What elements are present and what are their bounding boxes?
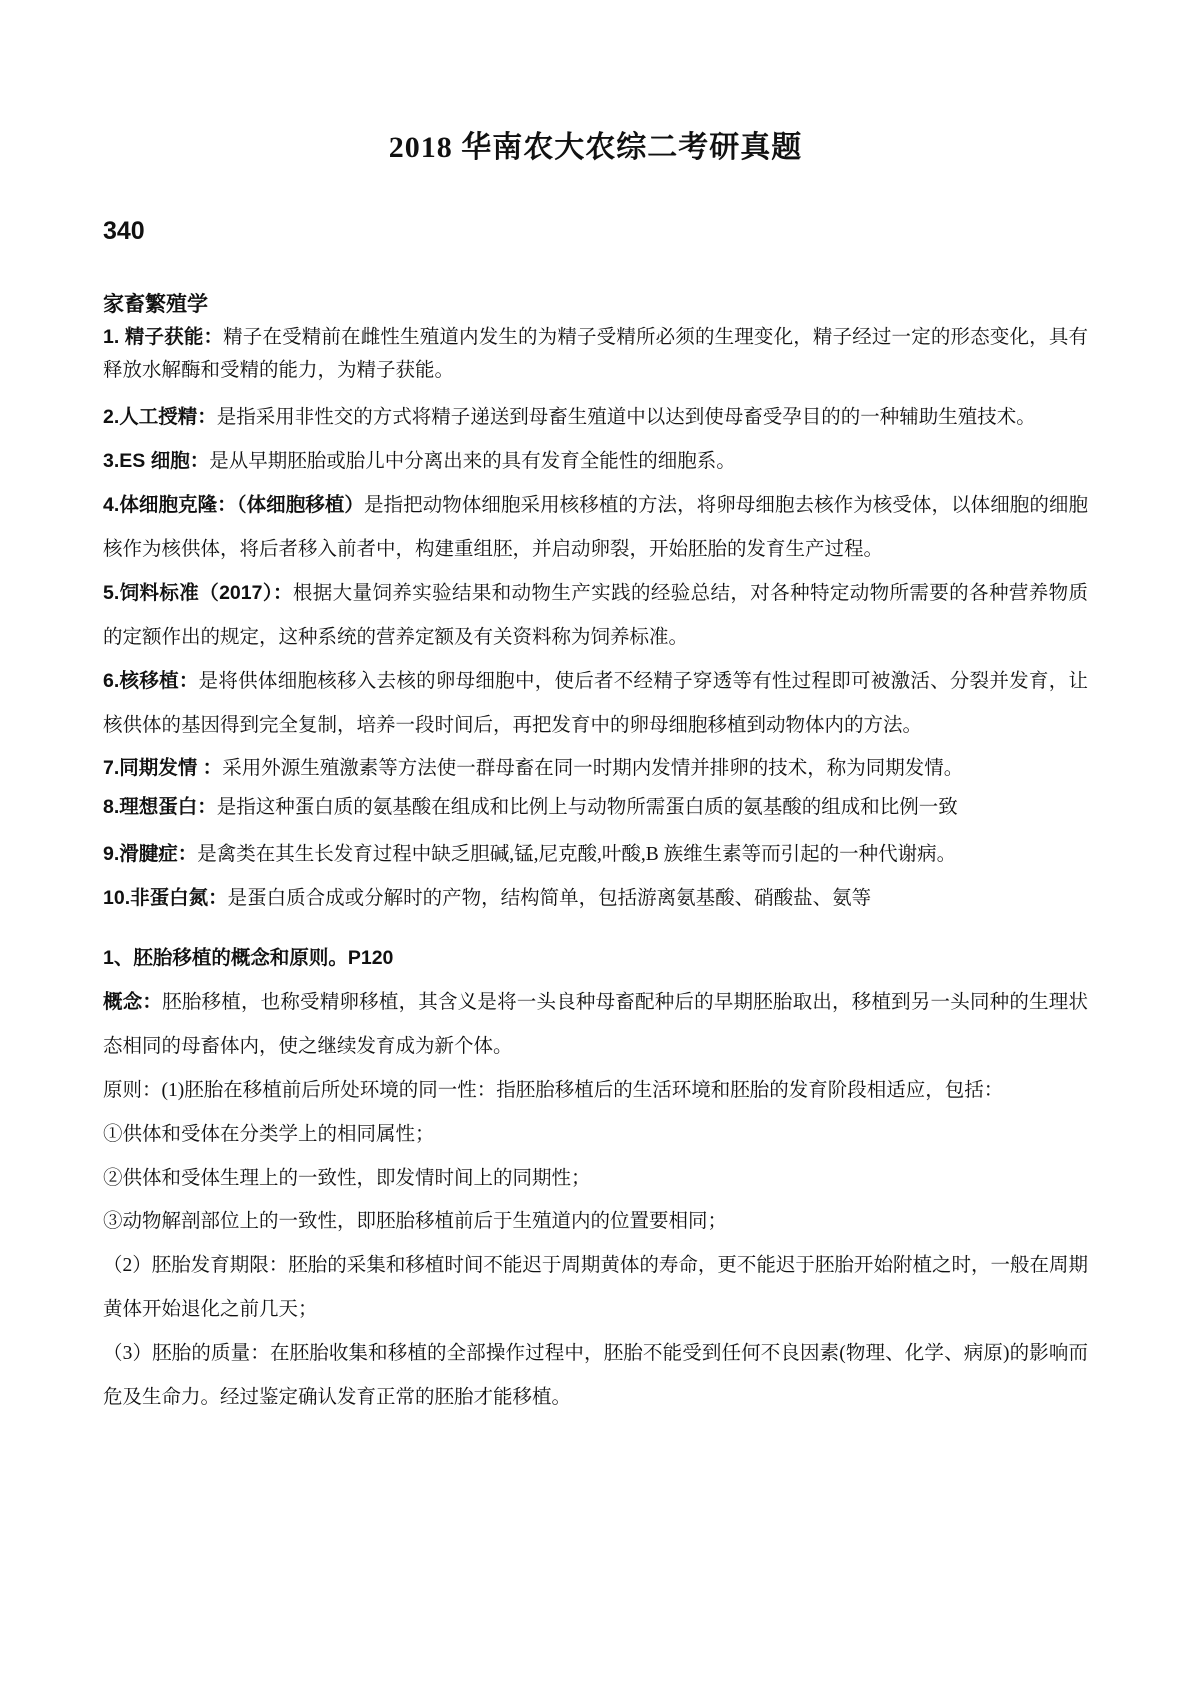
definition-item: 5.饲料标准（2017）：根据大量饲养实验结果和动物生产实践的经验总结，对各种特…: [103, 572, 1088, 660]
paragraph-text: 胚胎移植，也称受精卵移植，其含义是将一头良种母畜配种后的早期胚胎取出，移植到另一…: [103, 992, 1088, 1057]
document-title: 2018 华南农大农综二考研真题: [103, 130, 1088, 166]
definition-label: 5.饲料标准（2017）：: [103, 582, 293, 604]
definition-label: 6.核移植：: [103, 670, 199, 692]
definition-item: 4.体细胞克隆：（体细胞移植）是指把动物体细胞采用核移植的方法，将卵母细胞去核作…: [103, 484, 1088, 572]
definition-item: 8.理想蛋白：是指这种蛋白质的氨基酸在组成和比例上与动物所需蛋白质的氨基酸的组成…: [103, 791, 1088, 824]
definition-item: 6.核移植：是将供体细胞核移入去核的卵母细胞中，使后者不经精子穿透等有性过程即可…: [103, 660, 1088, 748]
definition-label: 2.人工授精：: [103, 406, 217, 428]
answer-paragraph: （2）胚胎发育期限：胚胎的采集和移植时间不能迟于周期黄体的寿命，更不能迟于胚胎开…: [103, 1244, 1088, 1332]
definition-item: 10.非蛋白氮：是蛋白质合成或分解时的产物，结构简单，包括游离氨基酸、硝酸盐、氨…: [103, 877, 1088, 921]
paragraph-text: 原则：(1)胚胎在移植前后所处环境的同一性：指胚胎移植后的生活环境和胚胎的发育阶…: [103, 1080, 1003, 1101]
paragraph-text: ③动物解剖部位上的一致性，即胚胎移植前后于生殖道内的位置要相同；: [103, 1211, 727, 1232]
definition-text: 是从早期胚胎或胎儿中分离出来的具有发育全能性的细胞系。: [209, 451, 736, 472]
answer-paragraph: ③动物解剖部位上的一致性，即胚胎移植前后于生殖道内的位置要相同；: [103, 1200, 1088, 1244]
answer-paragraph: 概念：胚胎移植，也称受精卵移植，其含义是将一头良种母畜配种后的早期胚胎取出，移植…: [103, 981, 1088, 1069]
definition-item: 3.ES 细胞：是从早期胚胎或胎儿中分离出来的具有发育全能性的细胞系。: [103, 440, 1088, 484]
paragraph-text: ①供体和受体在分类学上的相同属性；: [103, 1124, 435, 1145]
definition-text: 采用外源生殖激素等方法使一群母畜在同一时期内发情并排卵的技术，称为同期发情。: [222, 758, 963, 779]
definition-text: 是禽类在其生长发育过程中缺乏胆碱,锰,尼克酸,叶酸,B 族维生素等而引起的一种代…: [197, 844, 956, 865]
definition-text: 是将供体细胞核移入去核的卵母细胞中，使后者不经精子穿透等有性过程即可被激活、分裂…: [103, 671, 1088, 736]
definition-text: 是蛋白质合成或分解时的产物，结构简单，包括游离氨基酸、硝酸盐、氨等: [228, 888, 872, 909]
paragraph-text: （2）胚胎发育期限：胚胎的采集和移植时间不能迟于周期黄体的寿命，更不能迟于胚胎开…: [103, 1255, 1088, 1320]
definitions-list: 1. 精子获能：精子在受精前在雌性生殖道内发生的为精子受精所必须的生理变化，精子…: [103, 321, 1088, 921]
question-answer: 概念：胚胎移植，也称受精卵移植，其含义是将一头良种母畜配种后的早期胚胎取出，移植…: [103, 981, 1088, 1420]
definition-label: 10.非蛋白氮：: [103, 887, 228, 909]
answer-paragraph: ①供体和受体在分类学上的相同属性；: [103, 1113, 1088, 1157]
definition-item: 9.滑腱症：是禽类在其生长发育过程中缺乏胆碱,锰,尼克酸,叶酸,B 族维生素等而…: [103, 833, 1088, 877]
paragraph-text: ②供体和受体生理上的一致性，即发情时间上的同期性；: [103, 1168, 591, 1189]
definition-label: 7.同期发情 ：: [103, 757, 222, 779]
question-heading: 1、胚胎移植的概念和原则。P120: [103, 937, 1088, 981]
definition-item: 2.人工授精：是指采用非性交的方式将精子递送到母畜生殖道中以达到使母畜受孕目的的…: [103, 396, 1088, 440]
answer-paragraph: （3）胚胎的质量：在胚胎收集和移植的全部操作过程中，胚胎不能受到任何不良因素(物…: [103, 1332, 1088, 1420]
definition-label: 9.滑腱症：: [103, 843, 197, 865]
definition-label: 1. 精子获能：: [103, 326, 223, 348]
answer-paragraph: 原则：(1)胚胎在移植前后所处环境的同一性：指胚胎移植后的生活环境和胚胎的发育阶…: [103, 1069, 1088, 1113]
section-heading: 家畜繁殖学: [103, 292, 1088, 317]
definition-text: 是指这种蛋白质的氨基酸在组成和比例上与动物所需蛋白质的氨基酸的组成和比例一致: [217, 797, 958, 818]
paragraph-label: 概念：: [103, 991, 162, 1013]
definition-text: 精子在受精前在雌性生殖道内发生的为精子受精所必须的生理变化，精子经过一定的形态变…: [103, 327, 1088, 381]
definition-text: 是指采用非性交的方式将精子递送到母畜生殖道中以达到使母畜受孕目的的一种辅助生殖技…: [217, 407, 1036, 428]
definition-item: 1. 精子获能：精子在受精前在雌性生殖道内发生的为精子受精所必须的生理变化，精子…: [103, 321, 1088, 387]
definition-label: 4.体细胞克隆：（体细胞移植）: [103, 494, 364, 516]
definition-item: 7.同期发情 ：采用外源生殖激素等方法使一群母畜在同一时期内发情并排卵的技术，称…: [103, 747, 1088, 791]
definition-label: 3.ES 细胞：: [103, 450, 209, 472]
answer-paragraph: ②供体和受体生理上的一致性，即发情时间上的同期性；: [103, 1157, 1088, 1201]
document-page: 2018 华南农大农综二考研真题 340 家畜繁殖学 1. 精子获能：精子在受精…: [0, 0, 1190, 1683]
paragraph-text: （3）胚胎的质量：在胚胎收集和移植的全部操作过程中，胚胎不能受到任何不良因素(物…: [103, 1343, 1088, 1408]
page-number: 340: [103, 216, 1088, 246]
definition-label: 8.理想蛋白：: [103, 796, 217, 818]
